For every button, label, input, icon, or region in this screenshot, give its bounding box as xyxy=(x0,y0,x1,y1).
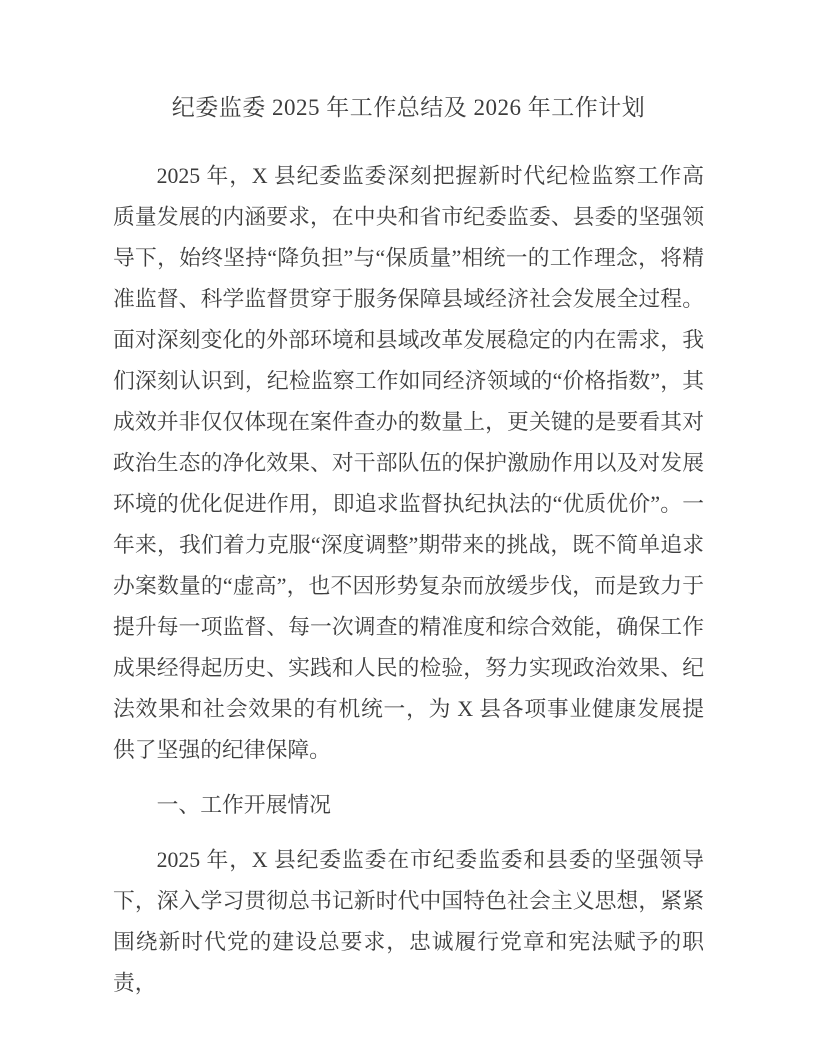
paragraph-work-progress-opening: 2025 年，X 县纪委监委在市纪委监委和县委的坚强领导下，深入学习贯彻总书记新… xyxy=(113,840,704,1004)
document-title: 纪委监委 2025 年工作总结及 2026 年工作计划 xyxy=(113,92,704,124)
document-page: 纪委监委 2025 年工作总结及 2026 年工作计划 2025 年，X 县纪委… xyxy=(0,0,816,1056)
section-heading-work-progress: 一、工作开展情况 xyxy=(113,785,704,826)
paragraph-work-summary-intro: 2025 年，X 县纪委监委深刻把握新时代纪检监察工作高质量发展的内涵要求，在中… xyxy=(113,156,704,771)
